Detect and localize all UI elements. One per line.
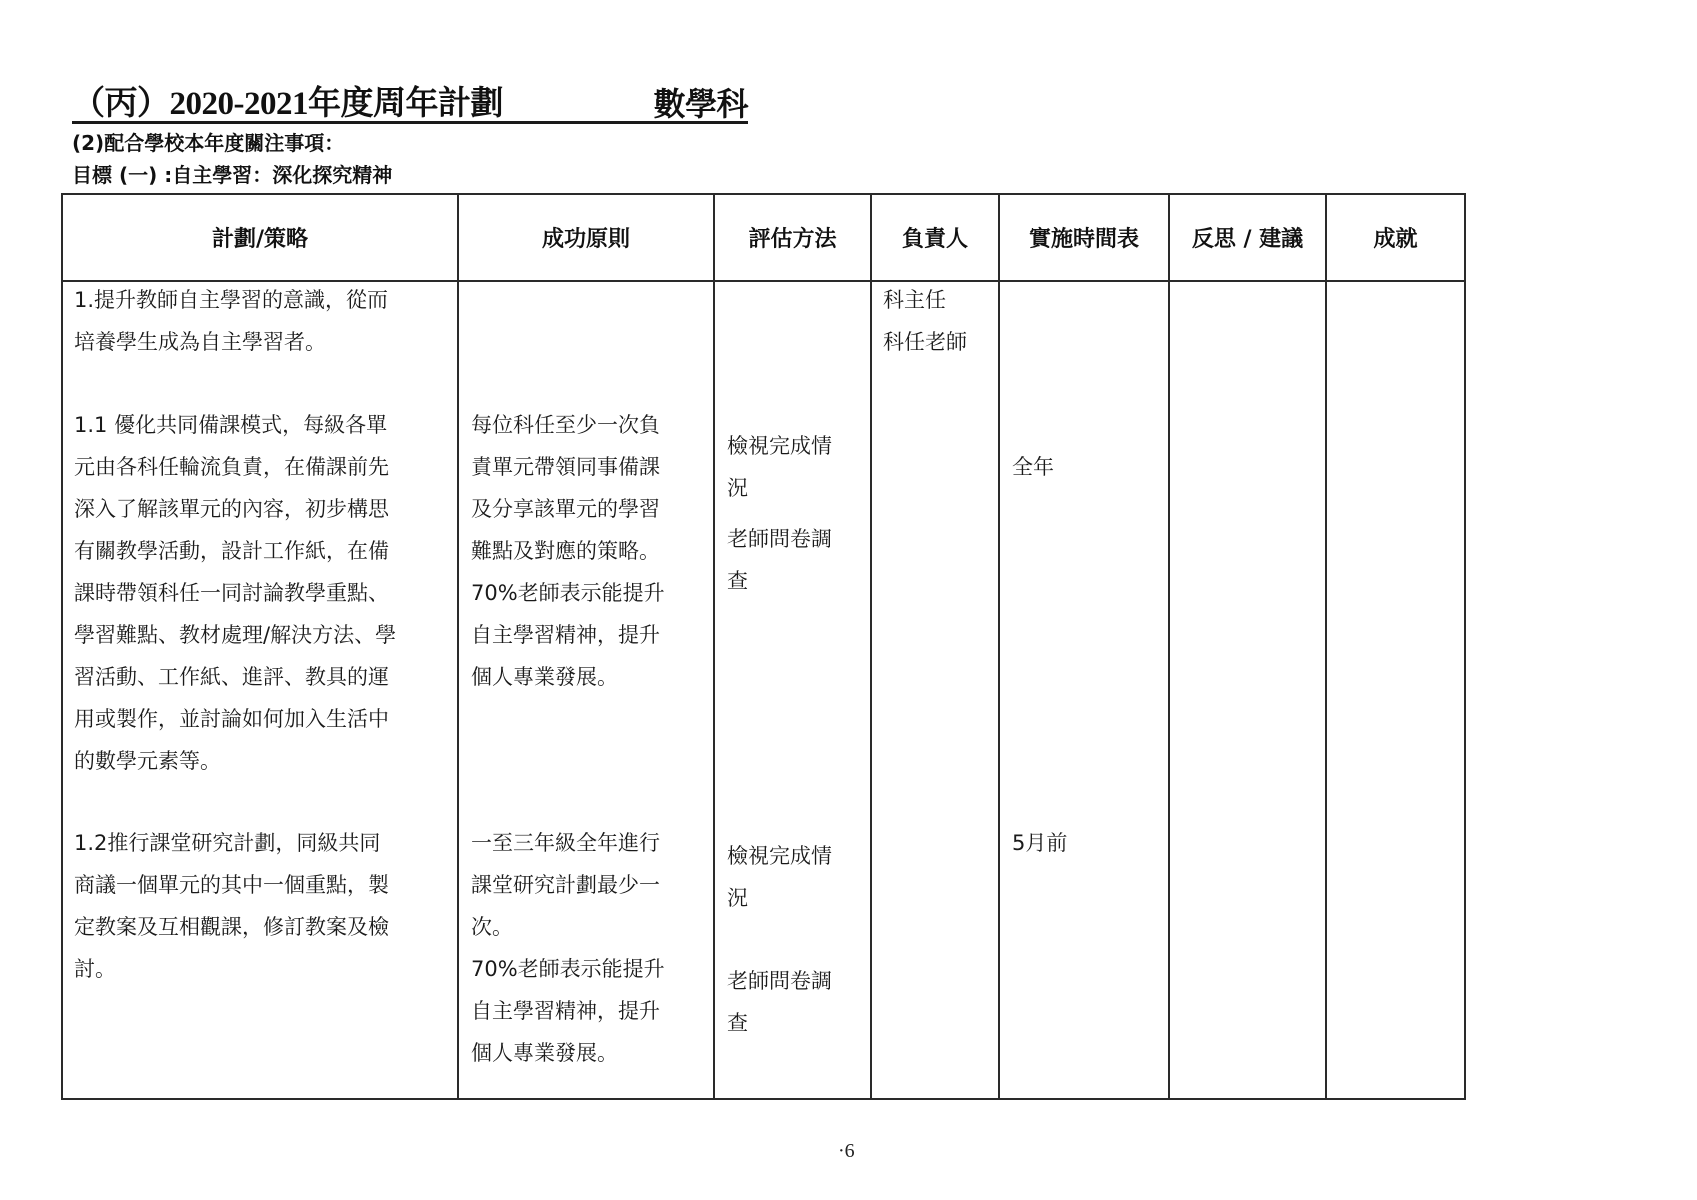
cell-schedule: 全年 5月前 bbox=[999, 281, 1169, 1099]
subject-name: 數學科 bbox=[653, 84, 748, 124]
schedule-item-1-2: 5月前 bbox=[1012, 822, 1067, 864]
cell-success-criteria: 每位科任至少一次負 責單元帶領同事備課 及分享該單元的學習 難點及對應的策略。 … bbox=[458, 281, 714, 1099]
cell-reflection bbox=[1169, 281, 1326, 1099]
header-responsible: 負責人 bbox=[871, 194, 999, 281]
document-title: （丙）2020-2021年度周年計劃 數學科 bbox=[72, 84, 748, 124]
strategy-item-1: 1.提升教師自主學習的意識，從而 培養學生成為自主學習者。 bbox=[74, 279, 388, 363]
goal-heading: 目標 (一) :自主學習：深化探究精神 bbox=[72, 163, 392, 187]
title-text: （丙）2020-2021年度周年計劃 bbox=[72, 84, 503, 124]
criteria-item-1-1: 每位科任至少一次負 責單元帶領同事備課 及分享該單元的學習 難點及對應的策略。 … bbox=[471, 404, 665, 698]
responsible-persons: 科主任 科任老師 bbox=[883, 279, 967, 363]
header-success-criteria: 成功原則 bbox=[458, 194, 714, 281]
strategy-item-1-1: 1.1 優化共同備課模式，每級各單 元由各科任輪流負責，在備課前先 深入了解該單… bbox=[74, 404, 396, 782]
header-reflection: 反思 / 建議 bbox=[1169, 194, 1326, 281]
header-achievement: 成就 bbox=[1326, 194, 1465, 281]
page-number: ·6 bbox=[838, 1140, 855, 1163]
annual-plan-table: 計劃/策略 成功原則 評估方法 負責人 實施時間表 反思 / 建議 成就 1.提… bbox=[61, 193, 1466, 1100]
section-heading: (2)配合學校本年度關注事項： bbox=[72, 131, 344, 155]
evaluation-item-1-1-review: 檢視完成情 況 bbox=[727, 425, 832, 509]
schedule-item-1-1: 全年 bbox=[1012, 446, 1054, 488]
table-row: 1.提升教師自主學習的意識，從而 培養學生成為自主學習者。 1.1 優化共同備課… bbox=[62, 281, 1465, 1099]
evaluation-item-1-2-survey: 老師問卷調 查 bbox=[727, 960, 832, 1044]
cell-strategy: 1.提升教師自主學習的意識，從而 培養學生成為自主學習者。 1.1 優化共同備課… bbox=[62, 281, 458, 1099]
evaluation-item-1-2-review: 檢視完成情 況 bbox=[727, 835, 832, 919]
cell-evaluation: 檢視完成情 況 老師問卷調 查 檢視完成情 況 老師問卷調 查 bbox=[714, 281, 871, 1099]
strategy-item-1-2: 1.2推行課堂研究計劃，同級共同 商議一個單元的其中一個重點，製 定教案及互相觀… bbox=[74, 822, 389, 990]
header-evaluation: 評估方法 bbox=[714, 194, 871, 281]
evaluation-item-1-1-survey: 老師問卷調 查 bbox=[727, 518, 832, 602]
cell-responsible: 科主任 科任老師 bbox=[871, 281, 999, 1099]
header-strategy: 計劃/策略 bbox=[62, 194, 458, 281]
cell-achievement bbox=[1326, 281, 1465, 1099]
criteria-item-1-2: 一至三年級全年進行 課堂研究計劃最少一 次。 70%老師表示能提升 自主學習精神… bbox=[471, 822, 665, 1074]
table-header-row: 計劃/策略 成功原則 評估方法 負責人 實施時間表 反思 / 建議 成就 bbox=[62, 194, 1465, 281]
header-schedule: 實施時間表 bbox=[999, 194, 1169, 281]
